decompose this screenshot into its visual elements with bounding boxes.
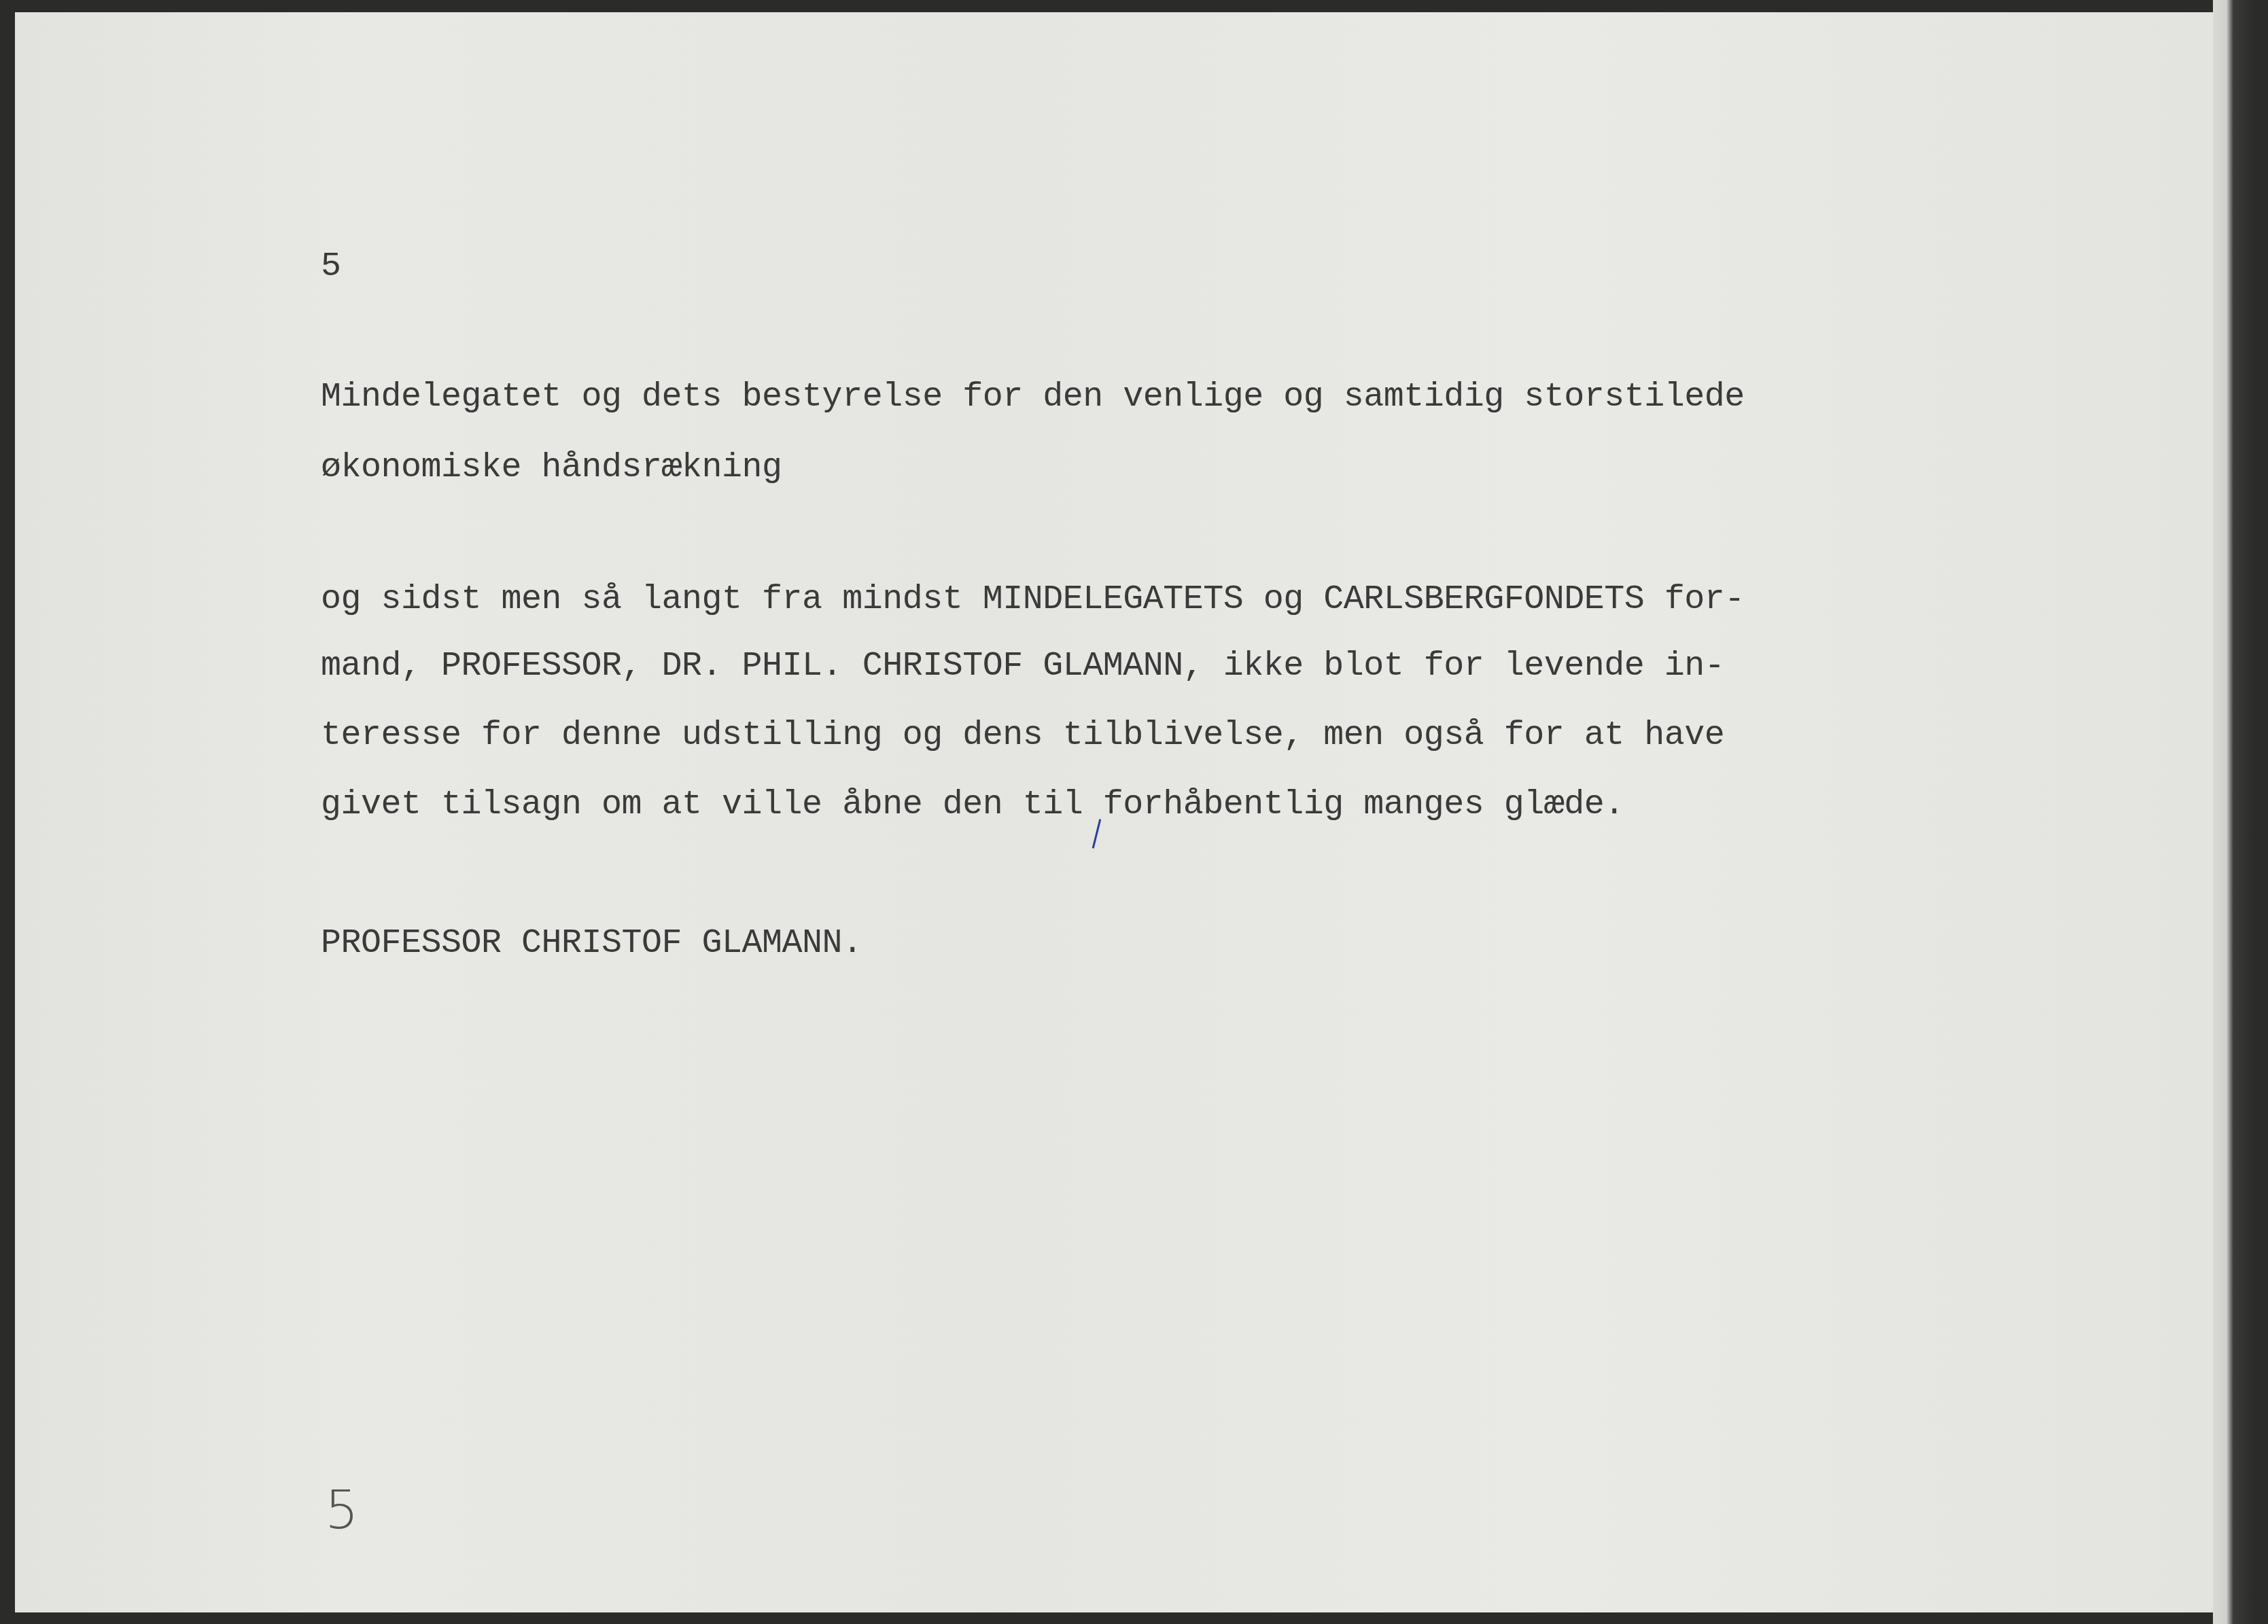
paragraph2-line1: og sidst men så langt fra mindst MINDELE… — [321, 583, 1745, 617]
paragraph1-line2: økonomiske håndsrækning — [321, 451, 782, 485]
signature-line: PROFESSOR CHRISTOF GLAMANN. — [321, 927, 862, 961]
handwritten-page-number: 5 — [325, 1480, 359, 1541]
paragraph1-line1: Mindelegatet og dets bestyrelse for den … — [321, 381, 1745, 414]
page-number: 5 — [321, 250, 341, 284]
paragraph2-line2: mand, PROFESSOR, DR. PHIL. CHRISTOF GLAM… — [321, 650, 1724, 684]
paragraph2-line4: givet tilsagn om at ville åbne den til f… — [321, 788, 1624, 822]
scan-edge — [2213, 0, 2268, 1624]
paragraph2-line3: teresse for denne udstilling og dens til… — [321, 719, 1724, 753]
